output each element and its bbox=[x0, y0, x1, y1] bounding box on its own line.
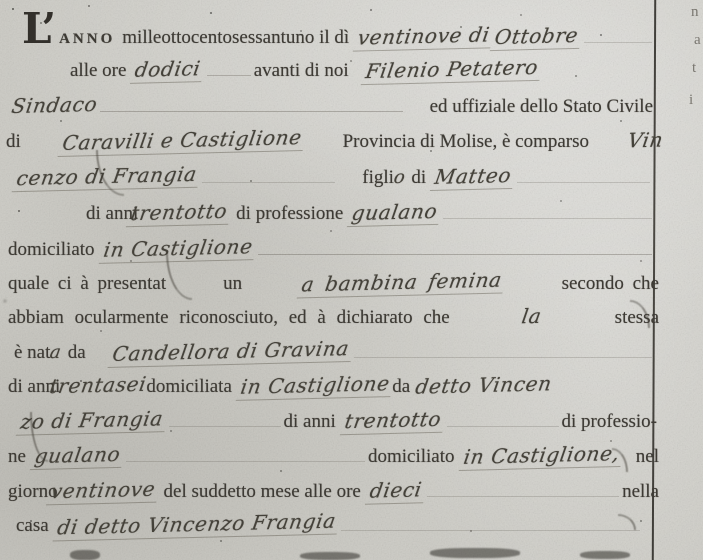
handwritten-domicile: in Castiglione bbox=[98, 234, 257, 264]
printed-text: nel bbox=[636, 446, 659, 468]
form-line-11: di anni trentasei domiciliata in Castigl… bbox=[8, 373, 697, 399]
printed-text: secondo che bbox=[562, 273, 659, 295]
handwritten-gender-suffix: a bbox=[49, 342, 64, 363]
handwritten-official-name: Filenio Petatero bbox=[360, 55, 542, 85]
handwritten-domicile: in Castiglione bbox=[236, 371, 395, 401]
printed-text: alle ore bbox=[70, 60, 126, 82]
handwritten-house-owner: di detto Vincenzo Frangia bbox=[52, 509, 340, 542]
handwritten-profession: gualano bbox=[30, 442, 125, 470]
form-line-1: L’ANNO milleottocentosessantuno il dì ve… bbox=[22, 14, 655, 50]
printed-text: di bbox=[6, 131, 21, 153]
handwritten-day: ventinove di bbox=[353, 22, 495, 51]
form-line-7: domiciliato in Castiglione bbox=[8, 236, 655, 262]
printed-text: domiciliato bbox=[368, 446, 455, 468]
form-line-4: di Caravilli e Castiglione Provincia di … bbox=[6, 128, 663, 154]
printed-text: di bbox=[411, 167, 426, 189]
printed-text: casa bbox=[16, 515, 49, 537]
handwritten-hour: dodici bbox=[130, 56, 205, 84]
printed-text: quale ci à presentat bbox=[8, 273, 166, 295]
form-line-10: è nat a da Candellora di Gravina bbox=[14, 339, 655, 365]
fill-line bbox=[447, 410, 559, 427]
fill-line bbox=[443, 202, 652, 219]
handwritten-gender-suffix: o bbox=[392, 167, 407, 188]
fill-line bbox=[207, 59, 251, 76]
fill-line bbox=[427, 480, 619, 497]
printed-text: di professione bbox=[236, 203, 343, 225]
fill-line bbox=[341, 514, 640, 531]
printed-text: ne bbox=[8, 446, 26, 468]
printed-text: ANNO bbox=[59, 31, 115, 48]
printed-text: stessa bbox=[615, 307, 659, 329]
handwritten-age: trentasei bbox=[48, 372, 148, 398]
cut-off-line-marks bbox=[430, 548, 520, 558]
form-line-14: giorno ventinove del suddetto mese alle … bbox=[8, 478, 659, 504]
fill-line bbox=[584, 26, 652, 43]
printed-text: abbiam ocularmente riconosciuto, ed à di… bbox=[8, 307, 450, 329]
handwritten-birth-day: ventinove bbox=[45, 477, 159, 506]
handwritten-month: Ottobre bbox=[490, 23, 583, 51]
form-line-8: quale ci à presentat un a bambina femina… bbox=[8, 270, 659, 296]
form-line-12: zo di Frangia di anni trentotto di profe… bbox=[18, 408, 657, 434]
form-line-9: abbiam ocularmente riconosciuto, ed à di… bbox=[8, 304, 659, 329]
printed-text: avanti di noi bbox=[254, 60, 349, 82]
scanned-birth-record-page: n a t i L’ANNO milleottocentosessantuno … bbox=[0, 0, 703, 560]
fill-line bbox=[100, 95, 402, 112]
handwritten-commune: Caravilli e Castiglione bbox=[57, 125, 306, 157]
drop-cap-initial: L’ bbox=[22, 14, 56, 44]
cut-off-line-marks bbox=[300, 552, 360, 560]
printed-text: domiciliato bbox=[8, 239, 95, 261]
printed-text: un bbox=[223, 273, 242, 295]
printed-text: figli bbox=[362, 167, 394, 189]
cut-off-line-marks bbox=[580, 551, 630, 559]
printed-text: da bbox=[68, 342, 86, 364]
fill-line bbox=[169, 410, 281, 427]
form-line-15: casa di detto Vincenzo Frangia bbox=[16, 512, 643, 538]
form-line-13: ne gualano domiciliato in Castiglione, n… bbox=[8, 443, 659, 469]
document-text-layer: L’ANNO milleottocentosessantuno il dì ve… bbox=[0, 0, 703, 560]
printed-text: milleottocentosessantuno il dì bbox=[122, 27, 349, 49]
printed-text: è nat bbox=[14, 342, 50, 364]
handwritten-mother-name: Candellora di Gravina bbox=[107, 336, 353, 368]
fill-line bbox=[126, 445, 365, 462]
handwritten-age: trentotto bbox=[126, 199, 232, 227]
fill-line bbox=[354, 341, 652, 358]
handwritten-child-description: a bambina femina bbox=[297, 267, 507, 298]
form-line-5: cenzo di Frangia figli o di Matteo bbox=[14, 164, 653, 190]
printed-text: nella bbox=[622, 481, 659, 503]
printed-text: di professio- bbox=[562, 411, 658, 433]
printed-text: del suddetto mese alle ore bbox=[164, 481, 361, 503]
handwritten-age: trentotto bbox=[340, 407, 446, 435]
fill-line bbox=[258, 238, 652, 255]
handwritten-profession: gualano bbox=[347, 199, 442, 227]
handwritten-name-start: Vin bbox=[626, 128, 665, 153]
handwritten-domicile: in Castiglione, bbox=[458, 441, 624, 471]
printed-text: ed uffiziale dello Stato Civile bbox=[430, 96, 653, 118]
form-line-2: alle ore dodici avanti di noi Filenio Pe… bbox=[70, 57, 689, 83]
fill-line bbox=[517, 166, 650, 183]
fill-line bbox=[202, 166, 335, 183]
handwritten-father-reference: detto Vincen bbox=[414, 371, 554, 398]
cut-off-line-marks bbox=[70, 550, 100, 560]
handwritten-name-continued: cenzo di Frangia bbox=[12, 162, 202, 193]
handwritten-article: la bbox=[521, 304, 544, 328]
printed-text: Provincia di Molise, è comparso bbox=[343, 131, 589, 153]
form-line-6: di anni trentotto di professione gualano bbox=[86, 200, 655, 226]
handwritten-title: Sindaco bbox=[10, 92, 99, 118]
printed-text: domiciliata bbox=[146, 376, 231, 398]
printed-text: di anni bbox=[284, 411, 336, 433]
handwritten-name-continued: zo di Frangia bbox=[16, 406, 168, 436]
handwritten-birth-hour: dieci bbox=[365, 477, 427, 504]
form-line-3: Sindaco ed uffiziale dello Stato Civile bbox=[12, 93, 653, 118]
printed-text: da bbox=[392, 376, 410, 398]
handwritten-father-name: Matteo bbox=[430, 163, 516, 191]
